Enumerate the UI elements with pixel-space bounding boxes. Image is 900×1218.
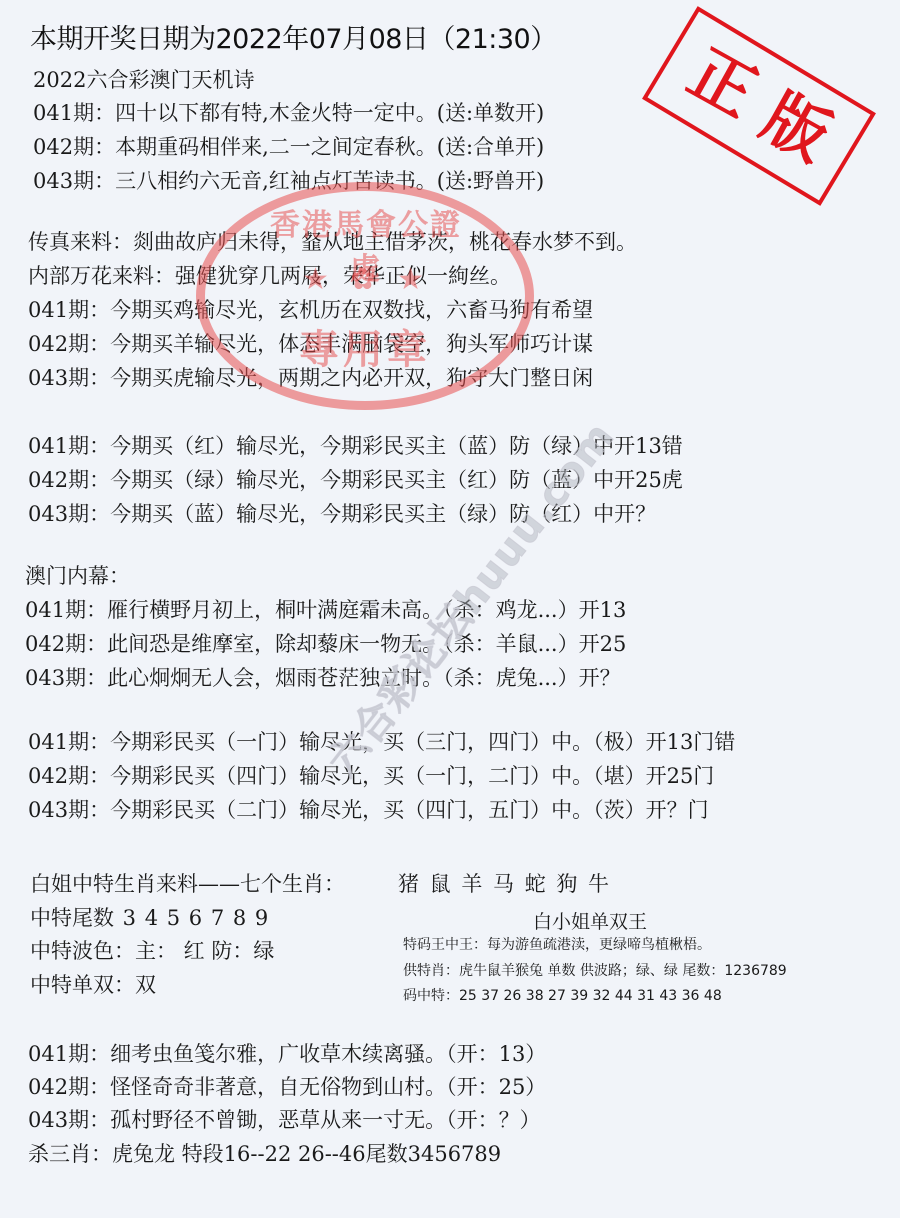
macau-line-042: 042期：此间恐是维摩室，除却藜床一物无。（杀：羊鼠...）开25: [25, 630, 626, 658]
poem-subtitle: 2022六合彩澳门天机诗: [33, 66, 254, 94]
macau-heading: 澳门内幕：: [25, 562, 130, 590]
fax-material: 传真来料：剡曲故庐归未得，韰从地主借茅茨，桃花春水梦不到。: [28, 228, 637, 256]
stamp-char-ban: 版: [752, 85, 839, 172]
poem-line-043: 043期：三八相约六无音,红袖点灯苦读书。(送:野兽开): [33, 167, 544, 195]
inner-material: 内部万花来料：强健犹穿几两屐，荣华正似一絇丝。: [28, 262, 511, 290]
fax-line-042: 042期：今期买羊输尽光，体态丰满脑袋空，狗头军师巧计谋: [28, 330, 593, 358]
draw-date-title: 本期开奖日期为2022年07月08日（21:30）: [30, 22, 557, 58]
wave-color: 中特波色：主： 红 防：绿: [30, 937, 274, 965]
zodiac-label: 白姐中特生肖来料——七个生肖：: [30, 870, 345, 898]
final-line-042: 042期：怪怪奇奇非著意，自无俗物到山村。（开：25）: [28, 1073, 546, 1101]
baixiaojie-title: 白小姐单双王: [533, 910, 647, 934]
supply-zodiac-line: 供特肖：虎牛鼠羊猴兔 单数 供波路；绿、绿 尾数：1236789: [403, 961, 787, 981]
color-line-041: 041期：今期买（红）输尽光，今期彩民买主（蓝）防（绿）中开13错: [28, 432, 683, 460]
macau-line-041: 041期：雁行横野月初上，桐叶满庭霜未高。（杀：鸡龙...）开13: [25, 596, 626, 624]
stamp-char-zheng: 正: [679, 40, 766, 127]
fax-line-043: 043期：今期买虎输尽光，两期之内必开双，狗守大门整日闲: [28, 364, 593, 392]
door-line-042: 042期：今期彩民买（四门）输尽光，买（一门，二门）中。（堪）开25门: [28, 762, 714, 790]
kill-three-zodiac: 杀三肖：虎兔龙 特段16--22 26--46尾数3456789: [28, 1140, 501, 1168]
final-line-041: 041期：细考虫鱼笺尔雅，广收草木续离骚。（开：13）: [28, 1040, 546, 1068]
code-numbers-line: 码中特：25 37 26 38 27 39 32 44 31 43 36 48: [403, 986, 722, 1006]
fax-line-041: 041期：今期买鸡输尽光，玄机历在双数找，六畜马狗有希望: [28, 296, 593, 324]
macau-line-043: 043期：此心炯炯无人会，烟雨苍茫独立时。（杀：虎兔...）开？: [25, 664, 621, 692]
door-line-043: 043期：今期彩民买（二门）输尽光，买（四门，五门）中。（茨）开？门: [28, 796, 709, 824]
odd-even: 中特单双：双: [30, 971, 156, 999]
poem-line-041: 041期：四十以下都有特,木金火特一定中。(送:单数开): [33, 99, 544, 127]
door-line-041: 041期：今期彩民买（一门）输尽光，买（三门，四门）中。（极）开13门错: [28, 728, 735, 756]
zodiac-list: 猪 鼠 羊 马 蛇 狗 牛: [398, 870, 609, 898]
special-code-line: 特码王中王：每为游鱼疏港渎，更绿啼鸟植楸梧。: [403, 935, 711, 955]
poem-line-042: 042期：本期重码相伴来,二一之间定春秋。(送:合单开): [33, 133, 544, 161]
final-line-043: 043期：孤村野径不曾锄，恶草从来一寸无。（开：？）: [28, 1106, 541, 1134]
color-line-042: 042期：今期买（绿）输尽光，今期彩民买主（红）防（蓝）中开25虎: [28, 466, 683, 494]
tail-numbers: 中特尾数 3 4 5 6 7 8 9: [30, 904, 268, 932]
color-line-043: 043期：今期买（蓝）输尽光，今期彩民买主（绿）防（红）中开？: [28, 500, 656, 528]
authentic-stamp: 正 版: [642, 6, 876, 206]
